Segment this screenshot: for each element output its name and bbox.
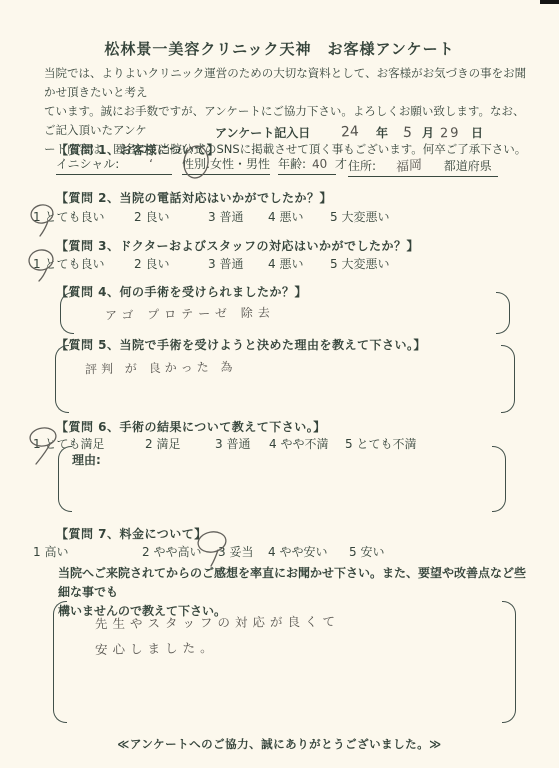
answer-option: 3 普通: [208, 255, 268, 272]
initial-handwritten-mark: ‘: [149, 157, 153, 171]
gender-options: 女性・男性: [210, 157, 270, 171]
gender-label: 性別:: [182, 157, 210, 171]
answer-option: 2 やや高い: [142, 543, 218, 560]
left-bracket: [55, 345, 69, 413]
answer-option: 4 やや安い: [268, 543, 349, 560]
question-6-reason-box: 理由:: [58, 446, 506, 512]
age-handwritten: 40: [311, 156, 327, 171]
answer-option: 1 とても良い: [33, 255, 134, 272]
right-bracket: [492, 446, 506, 512]
intro-line: 当院では、よりよいクリニック運営のための大切な資料として、お客様がお気づきの事を…: [44, 64, 534, 102]
question-3-options: 1 とても良い2 良い3 普通4 悪い5 大変悪い: [33, 255, 389, 272]
right-bracket: [496, 292, 510, 334]
question-4-answer-box: アゴ プロテーゼ 除去: [60, 292, 510, 334]
feedback-prompt-line: 当院へご来院されてからのご感想を率直にお聞かせ下さい。また、要望や改善点など些細…: [58, 564, 533, 602]
date-month-handwritten: 5: [402, 125, 412, 142]
initial-field: イニシャル: ‘: [56, 155, 172, 175]
left-bracket: [53, 601, 67, 723]
question-7-options: 1 高い2 やや高い3 妥当4 やや安い5 安い: [33, 543, 384, 560]
date-month-unit: 月: [422, 124, 434, 141]
answer-option: 3 普通: [208, 208, 268, 225]
left-bracket: [60, 292, 74, 334]
question-7-title: 【質問 7、料金について】: [56, 525, 207, 542]
answer-option: 2 良い: [134, 255, 208, 272]
date-year-handwritten: 24: [341, 124, 360, 141]
answer-option: 5 大変悪い: [330, 208, 389, 225]
question-2-title: 【質問 2、当院の電話対応はいかがでしたか？】: [56, 189, 332, 206]
feedback-handwritten-line: 安心しました。: [95, 638, 218, 658]
answer-option: 2 良い: [134, 208, 208, 225]
question-3-title: 【質問 3、ドクターおよびスタッフの対応はいかがでしたか？】: [56, 237, 419, 254]
right-bracket: [501, 345, 515, 413]
answer-option: 1 高い: [33, 543, 142, 560]
question-5-answer-box: 評判 が 良かった 為: [55, 345, 515, 413]
date-label: アンケート記入日: [215, 124, 310, 141]
answer-option: 5 大変悪い: [330, 255, 389, 272]
address-handwritten: 福岡: [396, 154, 422, 176]
left-bracket: [58, 446, 72, 512]
answer-option: 4 悪い: [268, 208, 330, 225]
date-day-unit: 日: [471, 124, 483, 141]
age-unit: 才: [335, 157, 347, 171]
age-field: 年齢: 40 才: [278, 155, 336, 175]
date-year-unit: 年: [376, 124, 388, 141]
question-2-options: 1 とても良い2 良い3 普通4 悪い5 大変悪い: [33, 208, 389, 225]
right-bracket: [502, 601, 516, 723]
answer-option: 3 妥当: [218, 543, 268, 560]
initial-label: イニシャル:: [56, 157, 119, 171]
feedback-answer-box: 先生やスタッフの対応が良くて 安心しました。: [53, 601, 516, 723]
scan-edge-artifact: [540, 0, 559, 4]
answer-option: 5 安い: [349, 543, 384, 560]
age-label: 年齢:: [278, 157, 306, 171]
survey-scan-page: 松林景一美容クリニック天神 お客様アンケート 当院では、よりよいクリニック運営の…: [0, 0, 559, 768]
page-title: 松林景一美容クリニック天神 お客様アンケート: [0, 38, 559, 59]
question-5-handwritten-answer: 評判 が 良かった 為: [85, 358, 237, 378]
address-suffix: 都道府県: [444, 159, 492, 173]
gender-field: 性別:女性・男性: [182, 155, 270, 175]
answer-option: 4 悪い: [268, 255, 330, 272]
address-field: 住所: 福岡 都道府県: [348, 155, 498, 177]
address-label: 住所:: [348, 159, 376, 173]
footer-thanks: ≪アンケートへのご協力、誠にありがとうございました。≫: [0, 736, 559, 752]
reason-label: 理由:: [72, 451, 101, 468]
question-1-fields: イニシャル: ‘ 性別:女性・男性 年齢: 40 才 住所: 福岡 都道府県: [0, 155, 559, 175]
question-6-title: 【質問 6、手術の結果について教えて下さい。】: [56, 418, 326, 435]
date-day-handwritten: 29: [440, 126, 461, 142]
question-4-handwritten-answer: アゴ プロテーゼ 除去: [105, 304, 275, 324]
answer-option: 1 とても良い: [33, 208, 134, 225]
feedback-handwritten-line: 先生やスタッフの対応が良くて: [95, 612, 340, 633]
